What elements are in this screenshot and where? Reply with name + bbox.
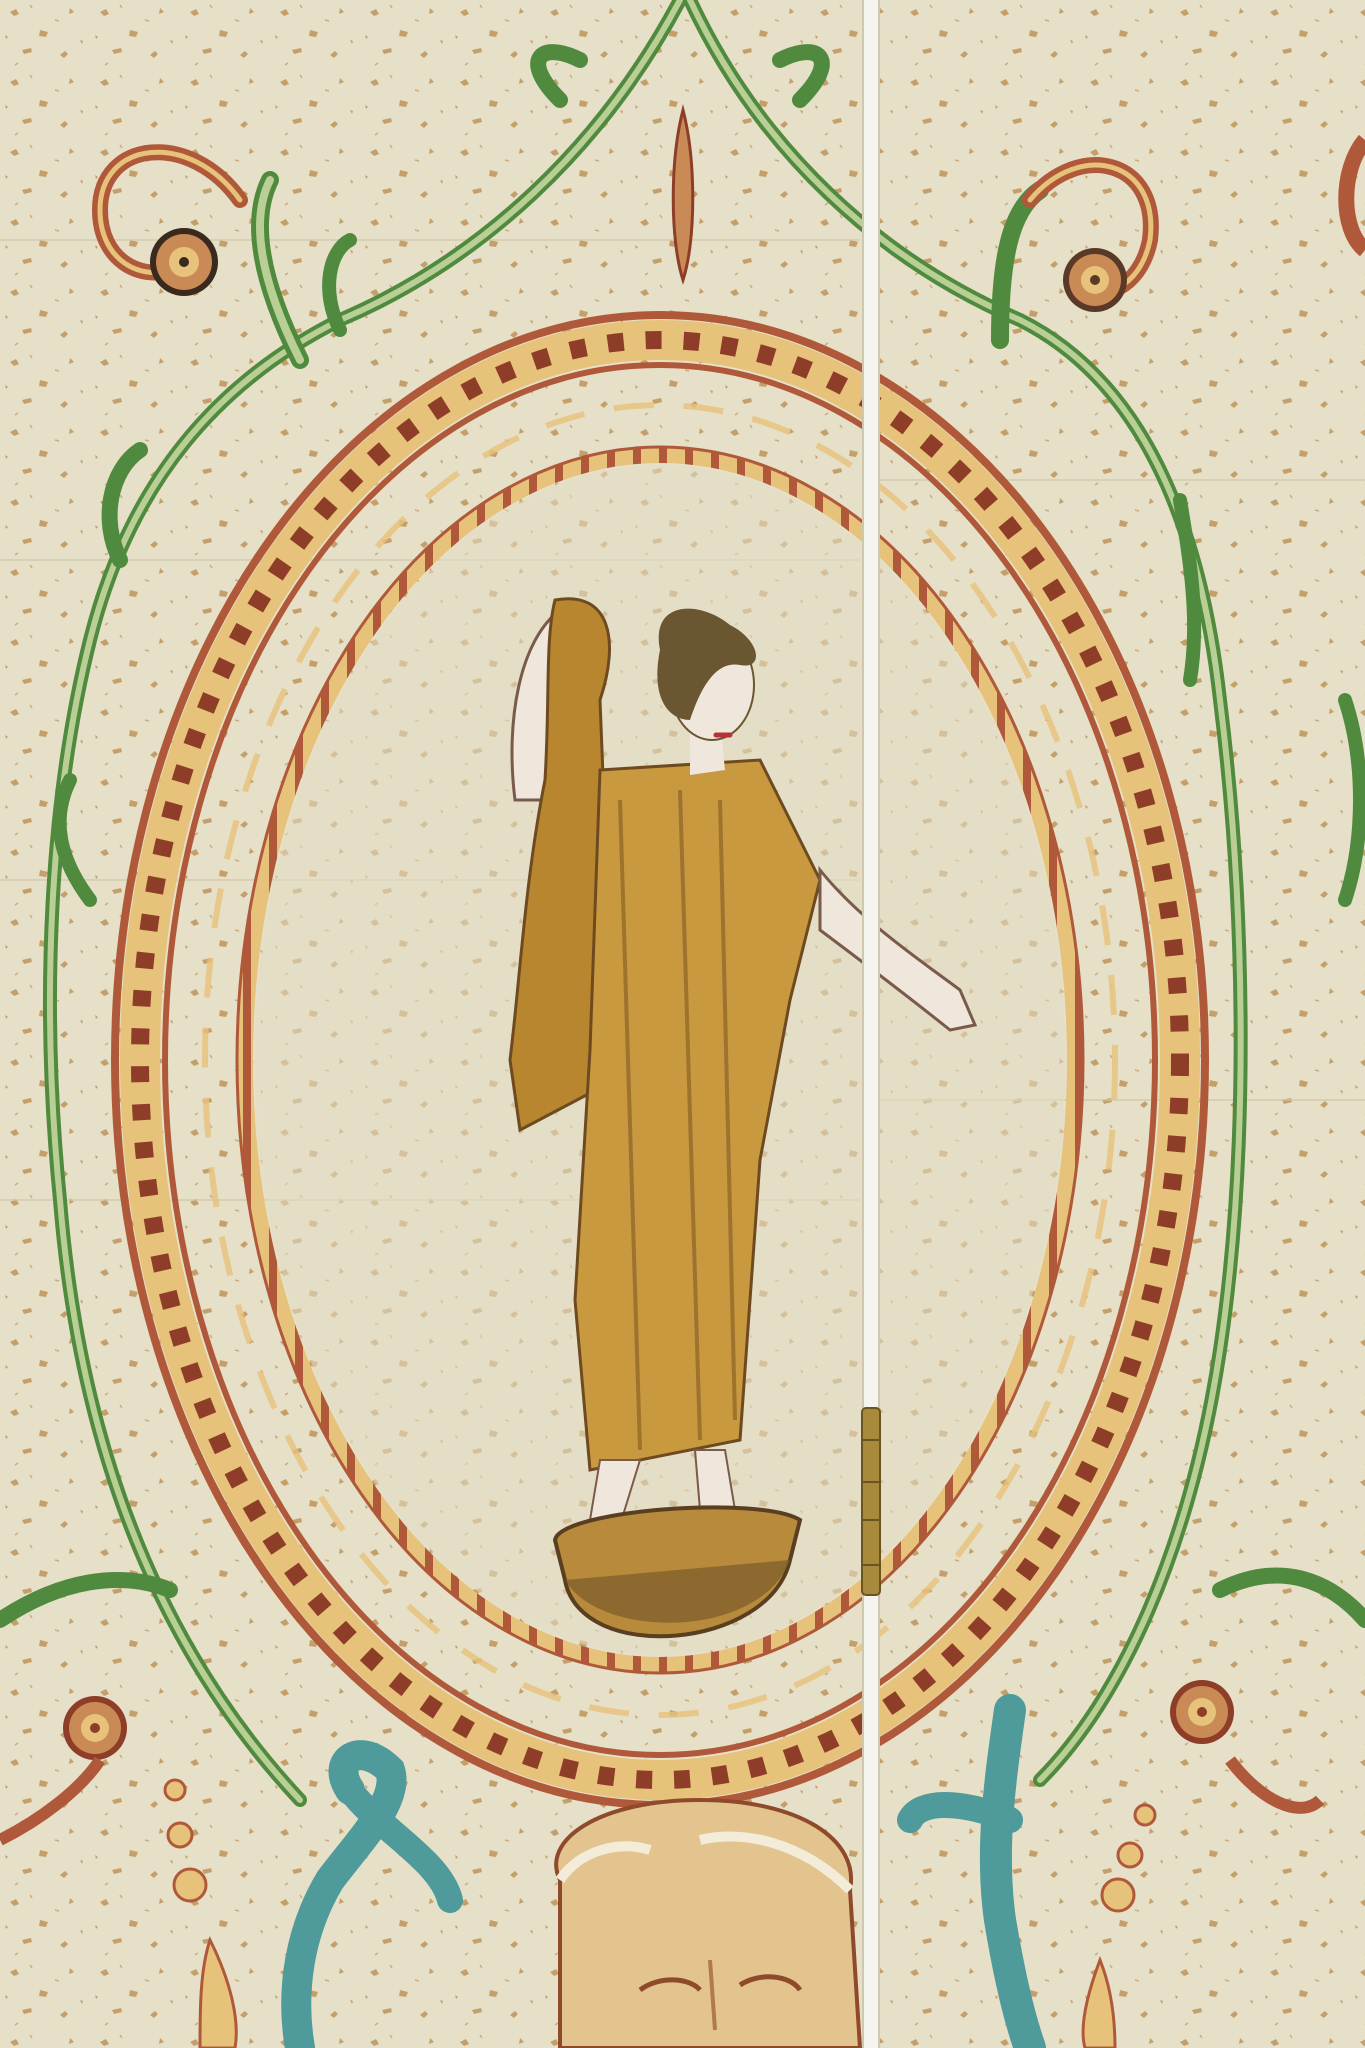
rosette-bottom-right	[1170, 1680, 1234, 1744]
rosette-top-left	[150, 228, 218, 296]
painted-screen-artwork	[0, 0, 1365, 2048]
artwork-svg	[0, 0, 1365, 2048]
cherub-head	[556, 1800, 860, 2048]
rosette-bottom-left	[63, 1696, 127, 1760]
panel-gap	[864, 0, 878, 2048]
brass-hinge	[862, 1408, 880, 1595]
rosette-top-right	[1063, 248, 1127, 312]
